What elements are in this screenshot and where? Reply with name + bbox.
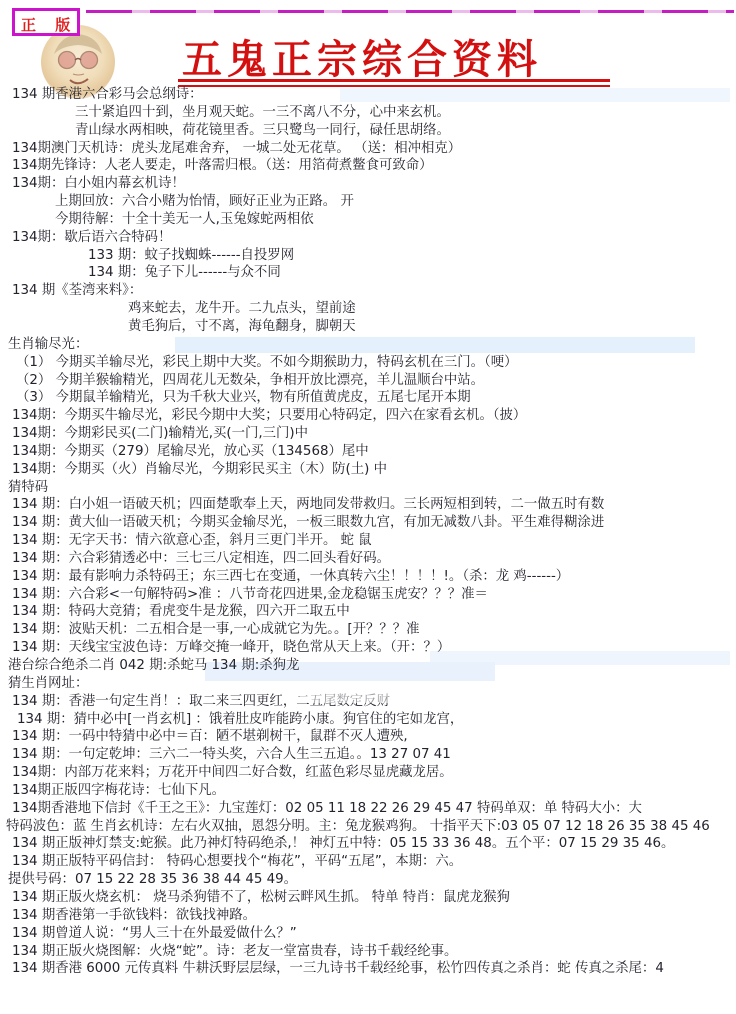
doc-line: 134 期：兔子下儿------与众不同 <box>0 264 736 282</box>
doc-line: （2） 今期羊猴输精光，四周花儿无数朵，争相开放比漂亮，羊儿温顺台中站。 <box>0 372 736 390</box>
doc-line: 提供号码：07 15 22 28 35 36 38 44 45 49。 <box>0 871 736 889</box>
doc-line: 134 期：天线宝宝波色诗：万峰交掩一峰开，晓色常从天上来。（开：？） <box>0 639 736 657</box>
scan-fade-overlay <box>300 688 515 703</box>
page: 正 版 五鬼正宗综合资料 134 期香港六合彩马 <box>0 0 736 1014</box>
doc-line: 134期：白小姐内幕玄机诗！ <box>0 175 736 193</box>
doc-line: 134 期：一句定乾坤：三六二一特头奖，六合人生三五追。。13 27 07 41 <box>0 746 736 764</box>
doc-line: 134期：今期买（火）肖输尽光，今期彩民买主（木）防(土) 中 <box>0 461 736 479</box>
doc-line: 134 期正版火烧图解：火烧“蛇”。诗：老友一堂富贵春，诗书千载经纶事。 <box>0 943 736 961</box>
authentic-badge: 正 版 <box>12 8 80 36</box>
doc-line: 三十紧追四十到，坐月观天蛇。一三不离八不分，心中来玄机。 <box>0 104 736 122</box>
doc-line: 134 期：黄大仙一语破天机；今期买金输尽光，一板三眼数九宫，有加无减数八卦。平… <box>0 514 736 532</box>
doc-line: 134期澳门天机诗：虎头龙尾难舍弃， 一城二处无花草。 （送：相冲相克） <box>0 140 736 158</box>
doc-line: 134 期：白小姐一语破天机；四面楚歌奉上天，两地同发带救归。三长两短相到转，二… <box>0 496 736 514</box>
doc-line: 134 期：最有影响力杀特码王；东三西七在变通，一休真转六尘！！！！!。（杀：龙… <box>0 568 736 586</box>
doc-line: 特码波色：蓝 生肖玄机诗：左右火双抽，恩怨分明。主：兔龙猴鸡狗。 十指平天下:0… <box>0 818 736 836</box>
doc-line: 134 期：六合彩<一句解特码>准 ：八节奇花四进果,金龙稳锯玉虎安？？？准＝ <box>0 586 736 604</box>
doc-line: 134期正版四字梅花诗：七仙下凡。 <box>0 782 736 800</box>
doc-line: 134期：内部万花来料；万花开中间四二好合数，红蓝色彩尽显虎藏龙居。 <box>0 764 736 782</box>
doc-line: 134期：今期买牛输尽光，彩民今期中大奖；只要用心特码定，四六在家看玄机。（披） <box>0 407 736 425</box>
doc-line: 134 期：特码大竞猜；看虎变牛是龙猴，四六开二取五中 <box>0 603 736 621</box>
doc-line: 猜特码 <box>0 479 736 497</box>
doc-line: 134期：歇后语六合特码！ <box>0 229 736 247</box>
doc-line: 黄毛狗后，寸不离，海龟翻身，脚朝天 <box>0 318 736 336</box>
doc-line: 134 期：波贴天机：二五相合是一事,一心成就它为先。。[开？？？准 <box>0 621 736 639</box>
doc-line: 134 期：无字天书：情六欲意心歪，斜月三更门半开。 蛇 鼠 <box>0 532 736 550</box>
doc-line: 134 期《荃湾来料》： <box>0 282 736 300</box>
doc-line: 134 期正版神灯禁支:蛇猴。此乃神灯特码绝杀,！ 神灯五中特：05 15 33… <box>0 835 736 853</box>
doc-line: 鸡来蛇去，龙牛开。二九点头，望前途 <box>0 300 736 318</box>
doc-line: 134 期：猜中必中[一肖玄机] ：饿着肚皮咋能跨小康。狗官住的宅如龙宫， <box>0 711 736 729</box>
doc-line: 134 期香港第一手欲钱料：欲钱找神路。 <box>0 907 736 925</box>
doc-line: 134 期香港六合彩马会总纲诗： <box>0 86 736 104</box>
doc-line: 134 期正版特平码信封： 特码心想要找个“梅花”，平码“五尾”，本期：六。 <box>0 853 736 871</box>
doc-line: 青山绿水两相映，荷花镜里香。三只鹭鸟一同行，碌任思胡络。 <box>0 122 736 140</box>
doc-line: 134期先锋诗：人老人要走，叶落需归根。（送：用箔荷煮鳖食可致命） <box>0 157 736 175</box>
doc-line: 134期：今期彩民买(二门)输精光,买(一门,三门)中 <box>0 425 736 443</box>
doc-line: （1） 今期买羊输尽光，彩民上期中大奖。不如今期猴助力，特码玄机在三门。（哽） <box>0 354 736 372</box>
doc-line: 134 期：六合彩猜透必中：三七三八定相连，四二回头看好码。 <box>0 550 736 568</box>
doc-line: 134 期正版火烧玄机： 烧马杀狗错不了，松树云畔风生抓。 特单 特肖：鼠虎龙猴… <box>0 889 736 907</box>
doc-line: 生肖输尽光： <box>0 336 736 354</box>
doc-line: 134期香港地下信封《千王之王》：九宝莲灯：02 05 11 18 22 26 … <box>0 800 736 818</box>
doc-line: 上期回放：六合小赌为怡情，顾好正业为正路。 开 <box>0 193 736 211</box>
doc-line: 今期待解：十全十美无一人,玉兔嫁蛇两相依 <box>0 211 736 229</box>
top-magenta-rule <box>86 10 734 13</box>
doc-lines: 134 期香港六合彩马会总纲诗：三十紧追四十到，坐月观天蛇。一三不离八不分，心中… <box>0 86 736 978</box>
doc-line: 港台综合绝杀二肖 042 期:杀蛇马 134 期:杀狗龙 <box>0 657 736 675</box>
page-title: 五鬼正宗综合资料 <box>182 28 542 85</box>
doc-line: 134期：今期买（279）尾输尽光，放心买（134568）尾中 <box>0 443 736 461</box>
doc-line: 134 期：一码中特猜中必中＝百：陋不堪剃树干，鼠群不灭人遭殃, <box>0 728 736 746</box>
doc-line: 133 期：蚊子找蜘蛛------自投罗网 <box>0 247 736 265</box>
doc-line: 134 期香港 6000 元传真料 牛耕沃野层层绿，一三九诗书千载经纶事，松竹四… <box>0 960 736 978</box>
doc-line: （3） 今期鼠羊输精光，只为千秋大业兴，物有所值黄虎皮，五尾七尾开本期 <box>0 389 736 407</box>
doc-line: 134 期曾道人说：“男人三十在外最爱做什么？” <box>0 925 736 943</box>
